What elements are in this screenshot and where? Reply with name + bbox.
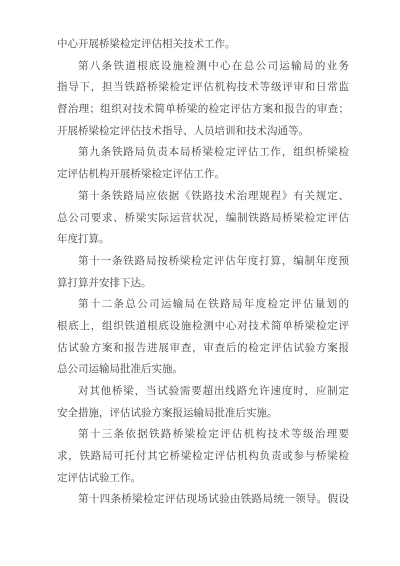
text-line: 第八条铁道根底设施检测中心在总公司运输局的业务: [57, 56, 349, 78]
text-line: 督治理；组织对技术简单桥梁的检定评估方案和报告的审查；: [57, 99, 349, 121]
text-line: 年度打算。: [57, 229, 349, 251]
text-line: 第九条铁路局负责本局桥梁检定评估工作，组织桥梁检: [57, 142, 349, 164]
text-line: 定评估机构开展桥梁检定评估工作。: [57, 164, 349, 186]
text-line: 对其他桥梁，当试验需要超出线路允许速度时，应制定: [57, 381, 349, 403]
text-line: 算打算并安排下达。: [57, 273, 349, 295]
text-line: 根底上，组织铁道根底设施检测中心对技术简单桥梁检定评: [57, 316, 349, 338]
paragraph: 第十三条依据铁路桥梁检定评估机构技术等级治理要求，铁路局可托付其它桥梁检定评估机…: [57, 424, 349, 489]
paragraph: 对其他桥梁，当试验需要超出线路允许速度时，应制定安全措施，评估试验方案报运输局批…: [57, 381, 349, 424]
paragraph: 第十二条总公司运输局在铁路局年度检定评估量划的根底上，组织铁道根底设施检测中心对…: [57, 294, 349, 381]
text-line: 第十条铁路局应依据《铁路技术治理规程》有关规定、: [57, 186, 349, 208]
text-line: 估试验方案和报告进展审查，审查后的检定评估试验方案报: [57, 338, 349, 360]
text-line: 第十四条桥梁检定评估现场试验由铁路局统一领导。假设: [57, 489, 349, 511]
text-line: 第十二条总公司运输局在铁路局年度检定评估量划的: [57, 294, 349, 316]
text-line: 求，铁路局可托付其它桥梁检定评估机构负责或参与桥梁检: [57, 446, 349, 468]
text-line: 安全措施，评估试验方案报运输局批准后实施。: [57, 403, 349, 425]
text-line: 中心开展桥梁检定评估相关技术工作。: [57, 34, 349, 56]
text-line: 开展桥梁检定评估技术指导、人员培训和技术沟通等。: [57, 121, 349, 143]
paragraph: 第十四条桥梁检定评估现场试验由铁路局统一领导。假设: [57, 489, 349, 511]
text-line: 定评估试验工作。: [57, 468, 349, 490]
paragraph: 第八条铁道根底设施检测中心在总公司运输局的业务指导下，担当铁路桥梁检定评估机构技…: [57, 56, 349, 143]
text-line: 第十三条依据铁路桥梁检定评估机构技术等级治理要: [57, 424, 349, 446]
text-line: 总公司运输局批准后实施。: [57, 359, 349, 381]
document-page: 中心开展桥梁检定评估相关技术工作。第八条铁道根底设施检测中心在总公司运输局的业务…: [0, 0, 400, 566]
text-line: 总公司要求、桥梁实际运营状况，编制铁路局桥梁检定评估: [57, 208, 349, 230]
paragraph: 第十条铁路局应依据《铁路技术治理规程》有关规定、总公司要求、桥梁实际运营状况，编…: [57, 186, 349, 251]
text-line: 指导下，担当铁路桥梁检定评估机构技术等级评审和日常监: [57, 77, 349, 99]
paragraph: 第十一条铁路局按桥梁检定评估年度打算，编制年度预算打算并安排下达。: [57, 251, 349, 294]
document-body: 中心开展桥梁检定评估相关技术工作。第八条铁道根底设施检测中心在总公司运输局的业务…: [57, 34, 349, 511]
text-line: 第十一条铁路局按桥梁检定评估年度打算，编制年度预: [57, 251, 349, 273]
paragraph: 第九条铁路局负责本局桥梁检定评估工作，组织桥梁检定评估机构开展桥梁检定评估工作。: [57, 142, 349, 185]
paragraph: 中心开展桥梁检定评估相关技术工作。: [57, 34, 349, 56]
